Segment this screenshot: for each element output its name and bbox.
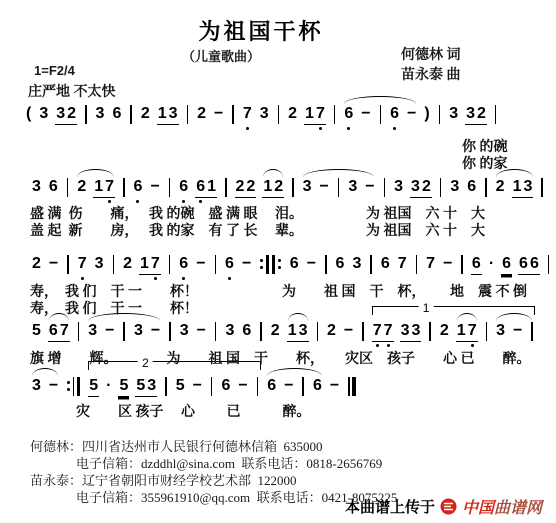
site-name-part2: 曲谱网 <box>494 500 542 517</box>
note: 17 <box>139 254 161 275</box>
dash-note: − <box>442 254 453 274</box>
note: 13 <box>157 104 179 125</box>
barline <box>169 255 171 274</box>
note: 17 <box>304 104 326 125</box>
note: 6 <box>133 177 144 197</box>
note: 2 <box>495 177 506 197</box>
page-title: 为祖国干杯 <box>0 15 522 46</box>
note: 3 <box>87 321 98 341</box>
lyric-row-8: 灾 区 孩子 心 已 醉。 <box>76 401 311 421</box>
barline <box>278 105 280 124</box>
note: 7 <box>242 104 253 124</box>
barline <box>461 255 463 274</box>
slur-arc <box>303 169 374 177</box>
music-line-1: (332362132−732176−6−)332 <box>22 104 501 128</box>
barline <box>370 255 372 274</box>
note: 6 <box>466 177 477 197</box>
slur-arc <box>267 368 322 376</box>
barline <box>67 255 69 274</box>
note: 2 <box>140 104 151 124</box>
note: 6 <box>501 254 512 275</box>
note: 17 <box>93 177 115 198</box>
note: 13 <box>512 177 534 198</box>
dash-note: − <box>237 376 248 396</box>
volta-label: 1 <box>419 298 434 318</box>
barline <box>85 105 87 124</box>
dash-note: − <box>104 321 115 341</box>
note: 2 <box>326 321 337 341</box>
note: 6 <box>266 376 277 396</box>
repeat-both-barline <box>260 254 281 274</box>
sheet-music-page: { "header": { "title": "为祖国干杯", "subtitl… <box>0 0 556 523</box>
note: 32 <box>55 104 77 125</box>
note: 13 <box>287 321 309 342</box>
note: 6 <box>220 376 231 396</box>
barline <box>429 322 431 341</box>
barline <box>495 105 497 124</box>
note: 3 <box>351 254 362 274</box>
barline <box>416 255 418 274</box>
note: 6 <box>111 104 122 124</box>
note: 3 <box>302 177 313 197</box>
dash-note: − <box>196 321 207 341</box>
barline <box>257 377 259 396</box>
note: 6 <box>224 254 235 274</box>
barline <box>334 105 336 124</box>
barline <box>169 322 171 341</box>
note: 66 <box>518 254 540 275</box>
note: 2 <box>122 254 133 274</box>
slur-arc <box>263 169 283 177</box>
note: 3 <box>95 104 106 124</box>
barline <box>302 377 304 396</box>
barline <box>362 322 364 341</box>
lyric-row-4: 盖 起 新 房， 我 的家 有 了 长 辈。 为 祖国 六 十 大 <box>30 220 485 240</box>
note: 2 <box>76 177 87 197</box>
dash-note: − <box>150 321 161 341</box>
note: 6 <box>389 104 400 124</box>
note: 6 <box>335 254 346 274</box>
music-line-3: 2−732176−6−6−63677−6·666 <box>28 254 554 278</box>
composer-credit: 苗永泰 曲 <box>401 64 461 84</box>
note: 2 <box>196 104 207 124</box>
repeat-end-barline <box>67 376 80 396</box>
barline <box>439 105 441 124</box>
parenthesis: ) <box>423 104 430 124</box>
key-signature: 1=F2/4 <box>34 63 75 78</box>
note: 67 <box>48 321 70 342</box>
note: 33 <box>400 321 422 342</box>
barline <box>260 322 262 341</box>
note: 3 <box>495 321 506 341</box>
dash-note: − <box>343 321 354 341</box>
upload-note: 本曲谱上传于 <box>345 496 435 517</box>
slur-arc <box>288 313 308 321</box>
barline <box>113 255 115 274</box>
barline <box>187 105 189 124</box>
qupu-logo-icon <box>440 498 457 515</box>
barline <box>78 322 80 341</box>
dash-note: − <box>512 321 523 341</box>
barline <box>123 322 125 341</box>
augmentation-dot: · <box>105 376 112 396</box>
note: 2 <box>31 254 42 274</box>
note: 3 <box>31 376 42 396</box>
site-name: 中国曲谱网 <box>462 495 542 518</box>
note: 3 <box>393 177 404 197</box>
note: 5 <box>118 376 129 397</box>
note: 3 <box>224 321 235 341</box>
barline <box>486 322 488 341</box>
tempo-marking: 庄严地 不太快 <box>28 81 116 101</box>
barline <box>215 322 217 341</box>
barline <box>123 178 125 197</box>
barline <box>211 377 213 396</box>
note: 3 <box>259 104 270 124</box>
note: 2 <box>270 321 281 341</box>
note: 6 <box>312 376 323 396</box>
note: 3 <box>179 321 190 341</box>
dash-note: − <box>364 177 375 197</box>
note: 6 <box>241 321 252 341</box>
dash-note: − <box>283 376 294 396</box>
barline <box>380 105 382 124</box>
dash-note: − <box>149 177 160 197</box>
note: 2 <box>287 104 298 124</box>
barline <box>67 178 69 197</box>
barline <box>215 255 217 274</box>
dash-note: − <box>48 254 59 274</box>
barline <box>541 178 543 197</box>
dash-note: − <box>192 376 203 396</box>
note: 7 <box>425 254 436 274</box>
barline <box>531 322 533 341</box>
augmentation-dot: · <box>488 254 495 274</box>
dash-note: − <box>241 254 252 274</box>
dash-note: − <box>360 104 371 124</box>
lyric-row-6: 寿， 我 们 干 一 杯！ <box>30 298 198 318</box>
music-line-2: 362176−66122123−3−33236213 <box>28 177 548 201</box>
dash-note: − <box>195 254 206 274</box>
note: 6 <box>471 254 482 275</box>
barline <box>130 105 132 124</box>
note: 5 <box>175 376 186 396</box>
dash-note: − <box>319 177 330 197</box>
note: 3 <box>94 254 105 274</box>
note: 5 <box>31 321 42 341</box>
barline <box>548 255 550 274</box>
note: 3 <box>31 177 42 197</box>
note: 3 <box>449 177 460 197</box>
note: 6 <box>380 254 391 274</box>
dash-note: − <box>213 104 224 124</box>
dash-note: − <box>329 376 340 396</box>
barline <box>485 178 487 197</box>
lyric-row-2: 你 的家 <box>462 153 508 173</box>
note: 7 <box>397 254 408 274</box>
barline <box>338 178 340 197</box>
barline <box>317 322 319 341</box>
note: 17 <box>456 321 478 342</box>
note: 32 <box>465 104 487 125</box>
note: 6 <box>178 177 189 197</box>
dash-note: − <box>48 376 59 396</box>
note: 3 <box>38 104 49 124</box>
barline <box>165 377 167 396</box>
note: 6 <box>343 104 354 124</box>
note: 6 <box>289 254 300 274</box>
music-line-4: 5673−3−3−362132−77332173−1 <box>28 321 538 345</box>
barline <box>169 178 171 197</box>
barline <box>384 178 386 197</box>
site-name-part1: 中国 <box>462 500 494 517</box>
barline <box>232 105 234 124</box>
slur-arc <box>77 169 114 177</box>
note: 6 <box>48 177 59 197</box>
barline <box>292 178 294 197</box>
note: 3 <box>133 321 144 341</box>
note: 32 <box>410 177 432 198</box>
dash-note: − <box>406 104 417 124</box>
note: 12 <box>262 177 284 198</box>
note: 2 <box>439 321 450 341</box>
note: 61 <box>195 177 217 198</box>
dash-note: − <box>306 254 317 274</box>
note: 53 <box>135 376 157 397</box>
note: 3 <box>347 177 358 197</box>
note: 6 <box>178 254 189 274</box>
note: 7 <box>77 254 88 274</box>
note: 3 <box>448 104 459 124</box>
parenthesis: ( <box>25 104 32 124</box>
note: 77 <box>372 321 394 342</box>
lyric-row-7: 旗 增 辉。 为 祖 国 干 杯， 灾区 孩子 心 已 醉。 <box>30 348 531 368</box>
slur-arc <box>344 96 416 104</box>
music-line-5: 3−5·5535−6−6−6−2 <box>28 376 361 400</box>
barline <box>440 178 442 197</box>
note: 22 <box>235 177 257 198</box>
note: 5 <box>88 376 99 397</box>
barline <box>225 178 227 197</box>
slur-arc <box>32 368 58 376</box>
volta-bracket-1: 1 <box>372 306 535 315</box>
barline <box>325 255 327 274</box>
final-barline <box>348 376 356 396</box>
lyricist-credit: 何德林 词 <box>401 44 461 64</box>
upload-credit: 本曲谱上传于 中国曲谱网 <box>345 495 542 518</box>
